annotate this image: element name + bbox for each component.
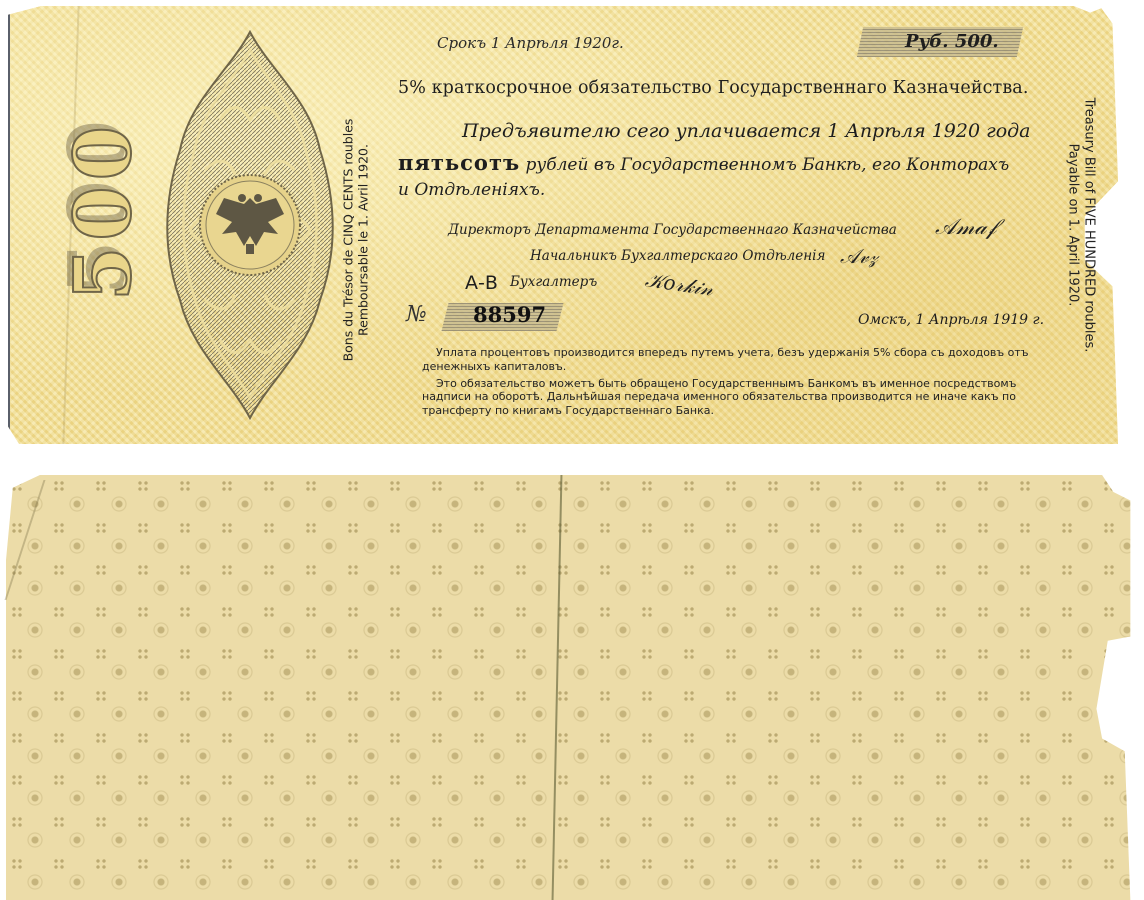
- english-caption: Treasury Bill of FIVE HUNDRED roubles. P…: [1052, 80, 1108, 370]
- signature-chief-accountant: 𝒜𝓋𝓏: [840, 244, 878, 268]
- terms-paragraph-1: Уплата процентовъ производится впередъ п…: [422, 346, 1042, 374]
- serial-number: 88597: [473, 302, 546, 327]
- number-sign: №: [406, 302, 427, 327]
- french-line-1: Bons du Trésor de CINQ CENTS roubles: [340, 119, 355, 362]
- terms-text: Уплата процентовъ производится впередъ п…: [422, 346, 1042, 418]
- signatory-accountant: Бухгалтеръ: [510, 274, 597, 290]
- payment-line-1: Предъявителю сего уплачивается 1 Апрѣля …: [462, 120, 1031, 142]
- english-line-2: Payable on 1. April 1920.: [1064, 98, 1080, 353]
- payment-line-3: и Отдѣленіяхъ.: [398, 180, 545, 200]
- payment-line-2: пятьсотъ рублей въ Государственномъ Банк…: [398, 150, 1009, 175]
- signature-director: 𝒜𝓂𝒶𝒻: [935, 215, 996, 240]
- series-code: А-В: [465, 272, 498, 294]
- english-line-1: Treasury Bill of FIVE HUNDRED roubles.: [1080, 98, 1096, 353]
- document-title: 5% краткосрочное обязательство Государст…: [398, 78, 1028, 98]
- value-label: Руб. 500.: [905, 31, 999, 52]
- signatory-chief-accountant: Начальникъ Бухгалтерскаго Отдѣленія: [530, 248, 825, 264]
- denomination-numeral-text: 500: [58, 120, 149, 301]
- amount-word: пятьсотъ: [398, 150, 520, 175]
- note-back: [6, 475, 1136, 900]
- term-date: Срокъ 1 Апрѣля 1920г.: [437, 34, 624, 52]
- place-date: Омскъ, 1 Апрѣля 1919 г.: [858, 312, 1044, 328]
- french-caption: Bons du Trésor de CINQ CENTS roubles Rem…: [331, 120, 379, 360]
- eagle-ornament-icon: [160, 30, 340, 420]
- terms-paragraph-2: Это обязательство можетъ быть обращено Г…: [422, 377, 1042, 418]
- signatory-director: Директоръ Департамента Государственнаго …: [448, 222, 897, 238]
- french-line-2: Remboursable le 1. Avril 1920.: [355, 119, 370, 362]
- denomination-numeral: 500: [58, 100, 148, 320]
- payment-line-2-rest: рублей въ Государственномъ Банкѣ, его Ко…: [520, 155, 1009, 175]
